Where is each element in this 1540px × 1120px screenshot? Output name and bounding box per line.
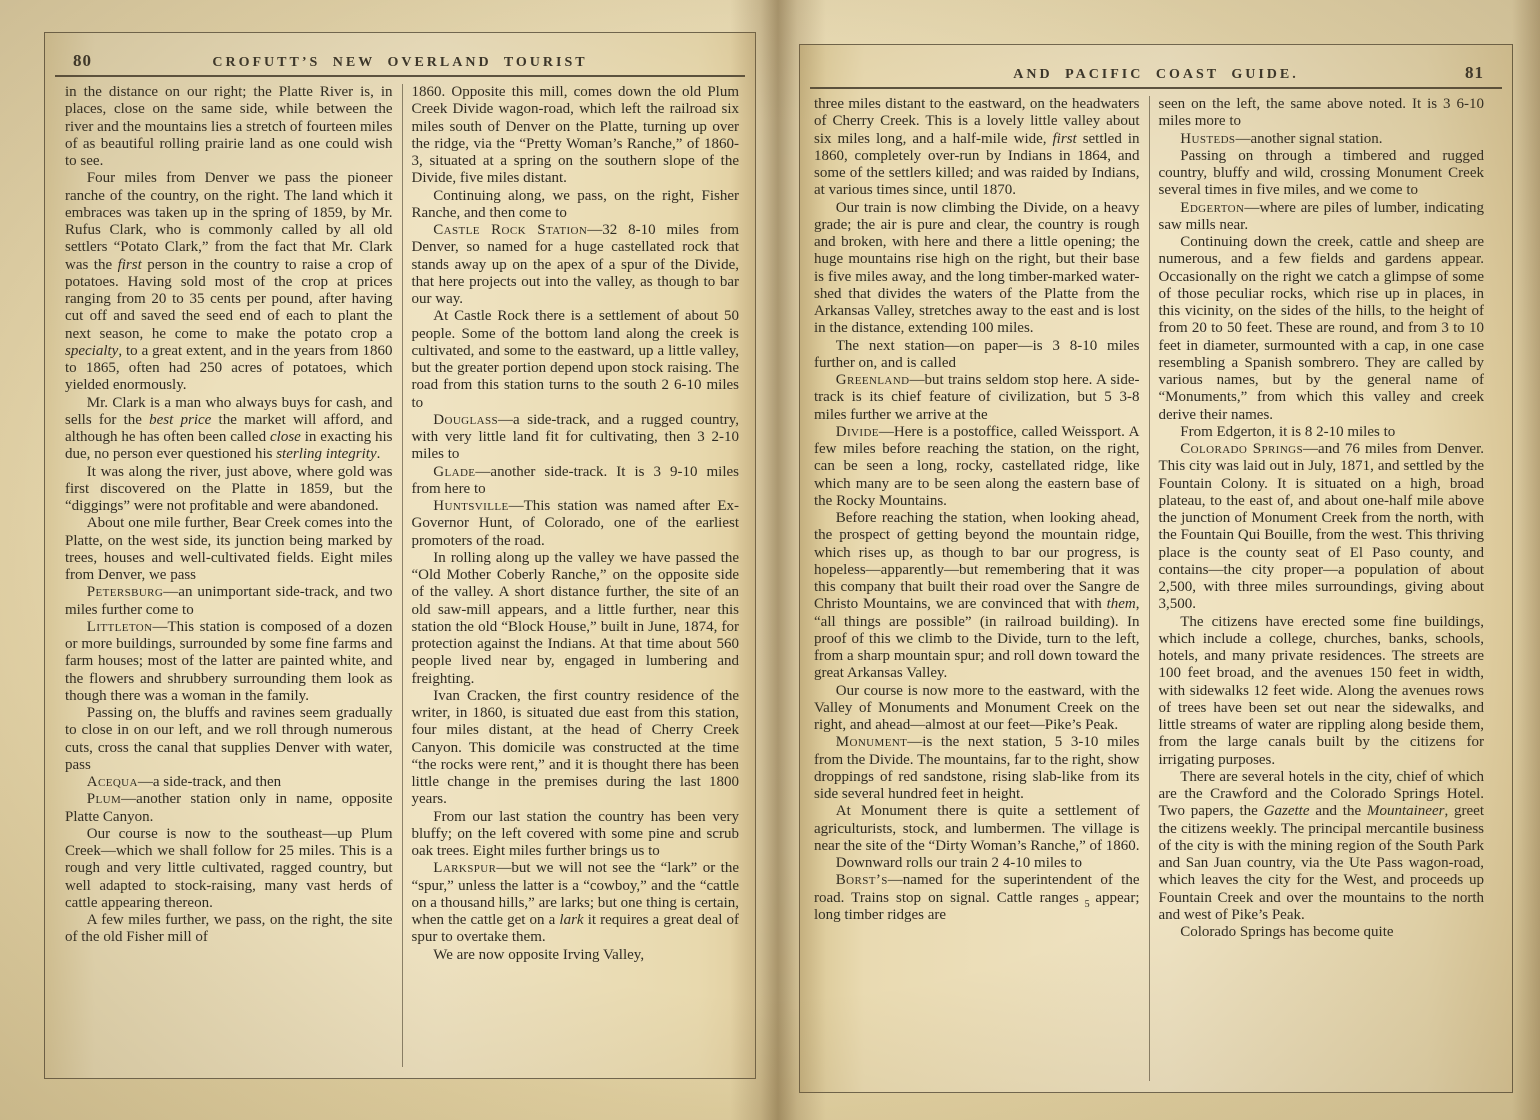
paragraph: Continuing down the creek, cattle and sh… bbox=[1159, 234, 1485, 424]
paragraph: Ivan Cracken, the first country residenc… bbox=[412, 688, 740, 809]
paragraph: three miles distant to the eastward, on … bbox=[814, 96, 1140, 200]
text-column: seen on the left, the same above noted. … bbox=[1149, 96, 1485, 1081]
paragraph: Continuing along, we pass, on the right,… bbox=[412, 188, 740, 223]
paragraph: Plum—another station only in name, oppos… bbox=[65, 791, 393, 826]
paragraph: About one mile further, Bear Creek comes… bbox=[65, 515, 393, 584]
paragraph: Divide—Here is a postoffice, called Weis… bbox=[814, 424, 1140, 510]
paragraph: The citizens have erected some fine buil… bbox=[1159, 614, 1485, 769]
left-page-header: 80 CROFUTT’S NEW OVERLAND TOURIST bbox=[59, 35, 741, 75]
paragraph: Our course is now to the southeast—up Pl… bbox=[65, 826, 393, 912]
paragraph: Colorado Springs—and 76 miles from Denve… bbox=[1159, 441, 1485, 614]
left-page: 80 CROFUTT’S NEW OVERLAND TOURIST in the… bbox=[44, 32, 756, 1079]
paragraph: There are several hotels in the city, ch… bbox=[1159, 769, 1485, 924]
paragraph: At Monument there is quite a settlement … bbox=[814, 803, 1140, 855]
text-column: three miles distant to the eastward, on … bbox=[814, 96, 1149, 1081]
book-scan: 80 CROFUTT’S NEW OVERLAND TOURIST in the… bbox=[0, 0, 1540, 1120]
paragraph: Husteds—another signal station. bbox=[1159, 131, 1485, 148]
paragraph: At Castle Rock there is a settlement of … bbox=[412, 308, 740, 412]
right-page-number: 81 bbox=[1465, 63, 1484, 83]
paragraph: Our course is now more to the eastward, … bbox=[814, 683, 1140, 735]
text-column: 1860. Opposite this mill, comes down the… bbox=[402, 84, 740, 1067]
paragraph: in the distance on our right; the Platte… bbox=[65, 84, 393, 170]
paragraph: We are now opposite Irving Valley, bbox=[412, 947, 740, 964]
right-running-title: AND PACIFIC COAST GUIDE. bbox=[814, 67, 1498, 83]
paragraph: Glade—another side-track. It is 3 9-10 m… bbox=[412, 464, 740, 499]
left-page-body: in the distance on our right; the Platte… bbox=[65, 84, 739, 1067]
paragraph: Our train is now climbing the Divide, on… bbox=[814, 200, 1140, 338]
right-header-rule bbox=[810, 87, 1502, 89]
paragraph: Passing on through a timbered and rugged… bbox=[1159, 148, 1485, 200]
paragraph: Edgerton—where are piles of lumber, indi… bbox=[1159, 200, 1485, 235]
paragraph: Colorado Springs has become quite bbox=[1159, 924, 1485, 941]
paragraph: Before reaching the station, when lookin… bbox=[814, 510, 1140, 683]
paragraph: Larkspur—but we will not see the “lark” … bbox=[412, 860, 740, 946]
paragraph: Castle Rock Station—32 8-10 miles from D… bbox=[412, 222, 740, 308]
right-page-body: three miles distant to the eastward, on … bbox=[814, 96, 1484, 1081]
paragraph: It was along the river, just above, wher… bbox=[65, 464, 393, 516]
paragraph: In rolling along up the valley we have p… bbox=[412, 550, 740, 688]
paragraph: Acequa—a side-track, and then bbox=[65, 774, 393, 791]
paragraph: Monument—is the next station, 5 3-10 mil… bbox=[814, 734, 1140, 803]
paragraph: seen on the left, the same above noted. … bbox=[1159, 96, 1485, 131]
paragraph: Petersburg—an unimportant side-track, an… bbox=[65, 584, 393, 619]
paragraph: Littleton—This station is composed of a … bbox=[65, 619, 393, 705]
paragraph: Greenland—but trains seldom stop here. A… bbox=[814, 372, 1140, 424]
paragraph: Douglass—a side-track, and a rugged coun… bbox=[412, 412, 740, 464]
paragraph: 1860. Opposite this mill, comes down the… bbox=[412, 84, 740, 188]
paragraph: Downward rolls our train 2 4-10 miles to bbox=[814, 855, 1140, 872]
left-running-title: CROFUTT’S NEW OVERLAND TOURIST bbox=[59, 55, 741, 71]
paragraph: Passing on, the bluffs and ravines seem … bbox=[65, 705, 393, 774]
paragraph: Huntsville—This station was named after … bbox=[412, 498, 740, 550]
paragraph: Mr. Clark is a man who always buys for c… bbox=[65, 395, 393, 464]
paragraph: The next station—on paper—is 3 8-10 mile… bbox=[814, 338, 1140, 373]
left-header-rule bbox=[55, 75, 745, 77]
paragraph: From Edgerton, it is 8 2-10 miles to bbox=[1159, 424, 1485, 441]
right-page-header: AND PACIFIC COAST GUIDE. 81 bbox=[814, 47, 1498, 87]
paragraph: Four miles from Denver we pass the pione… bbox=[65, 170, 393, 394]
right-page: AND PACIFIC COAST GUIDE. 81 three miles … bbox=[799, 44, 1513, 1093]
text-column: in the distance on our right; the Platte… bbox=[65, 84, 402, 1067]
paragraph: From our last station the country has be… bbox=[412, 809, 740, 861]
paragraph: A few miles further, we pass, on the rig… bbox=[65, 912, 393, 947]
page-edge-shadow bbox=[1512, 0, 1540, 1120]
paragraph: Borst’s—named for the superintendent of … bbox=[814, 872, 1140, 924]
